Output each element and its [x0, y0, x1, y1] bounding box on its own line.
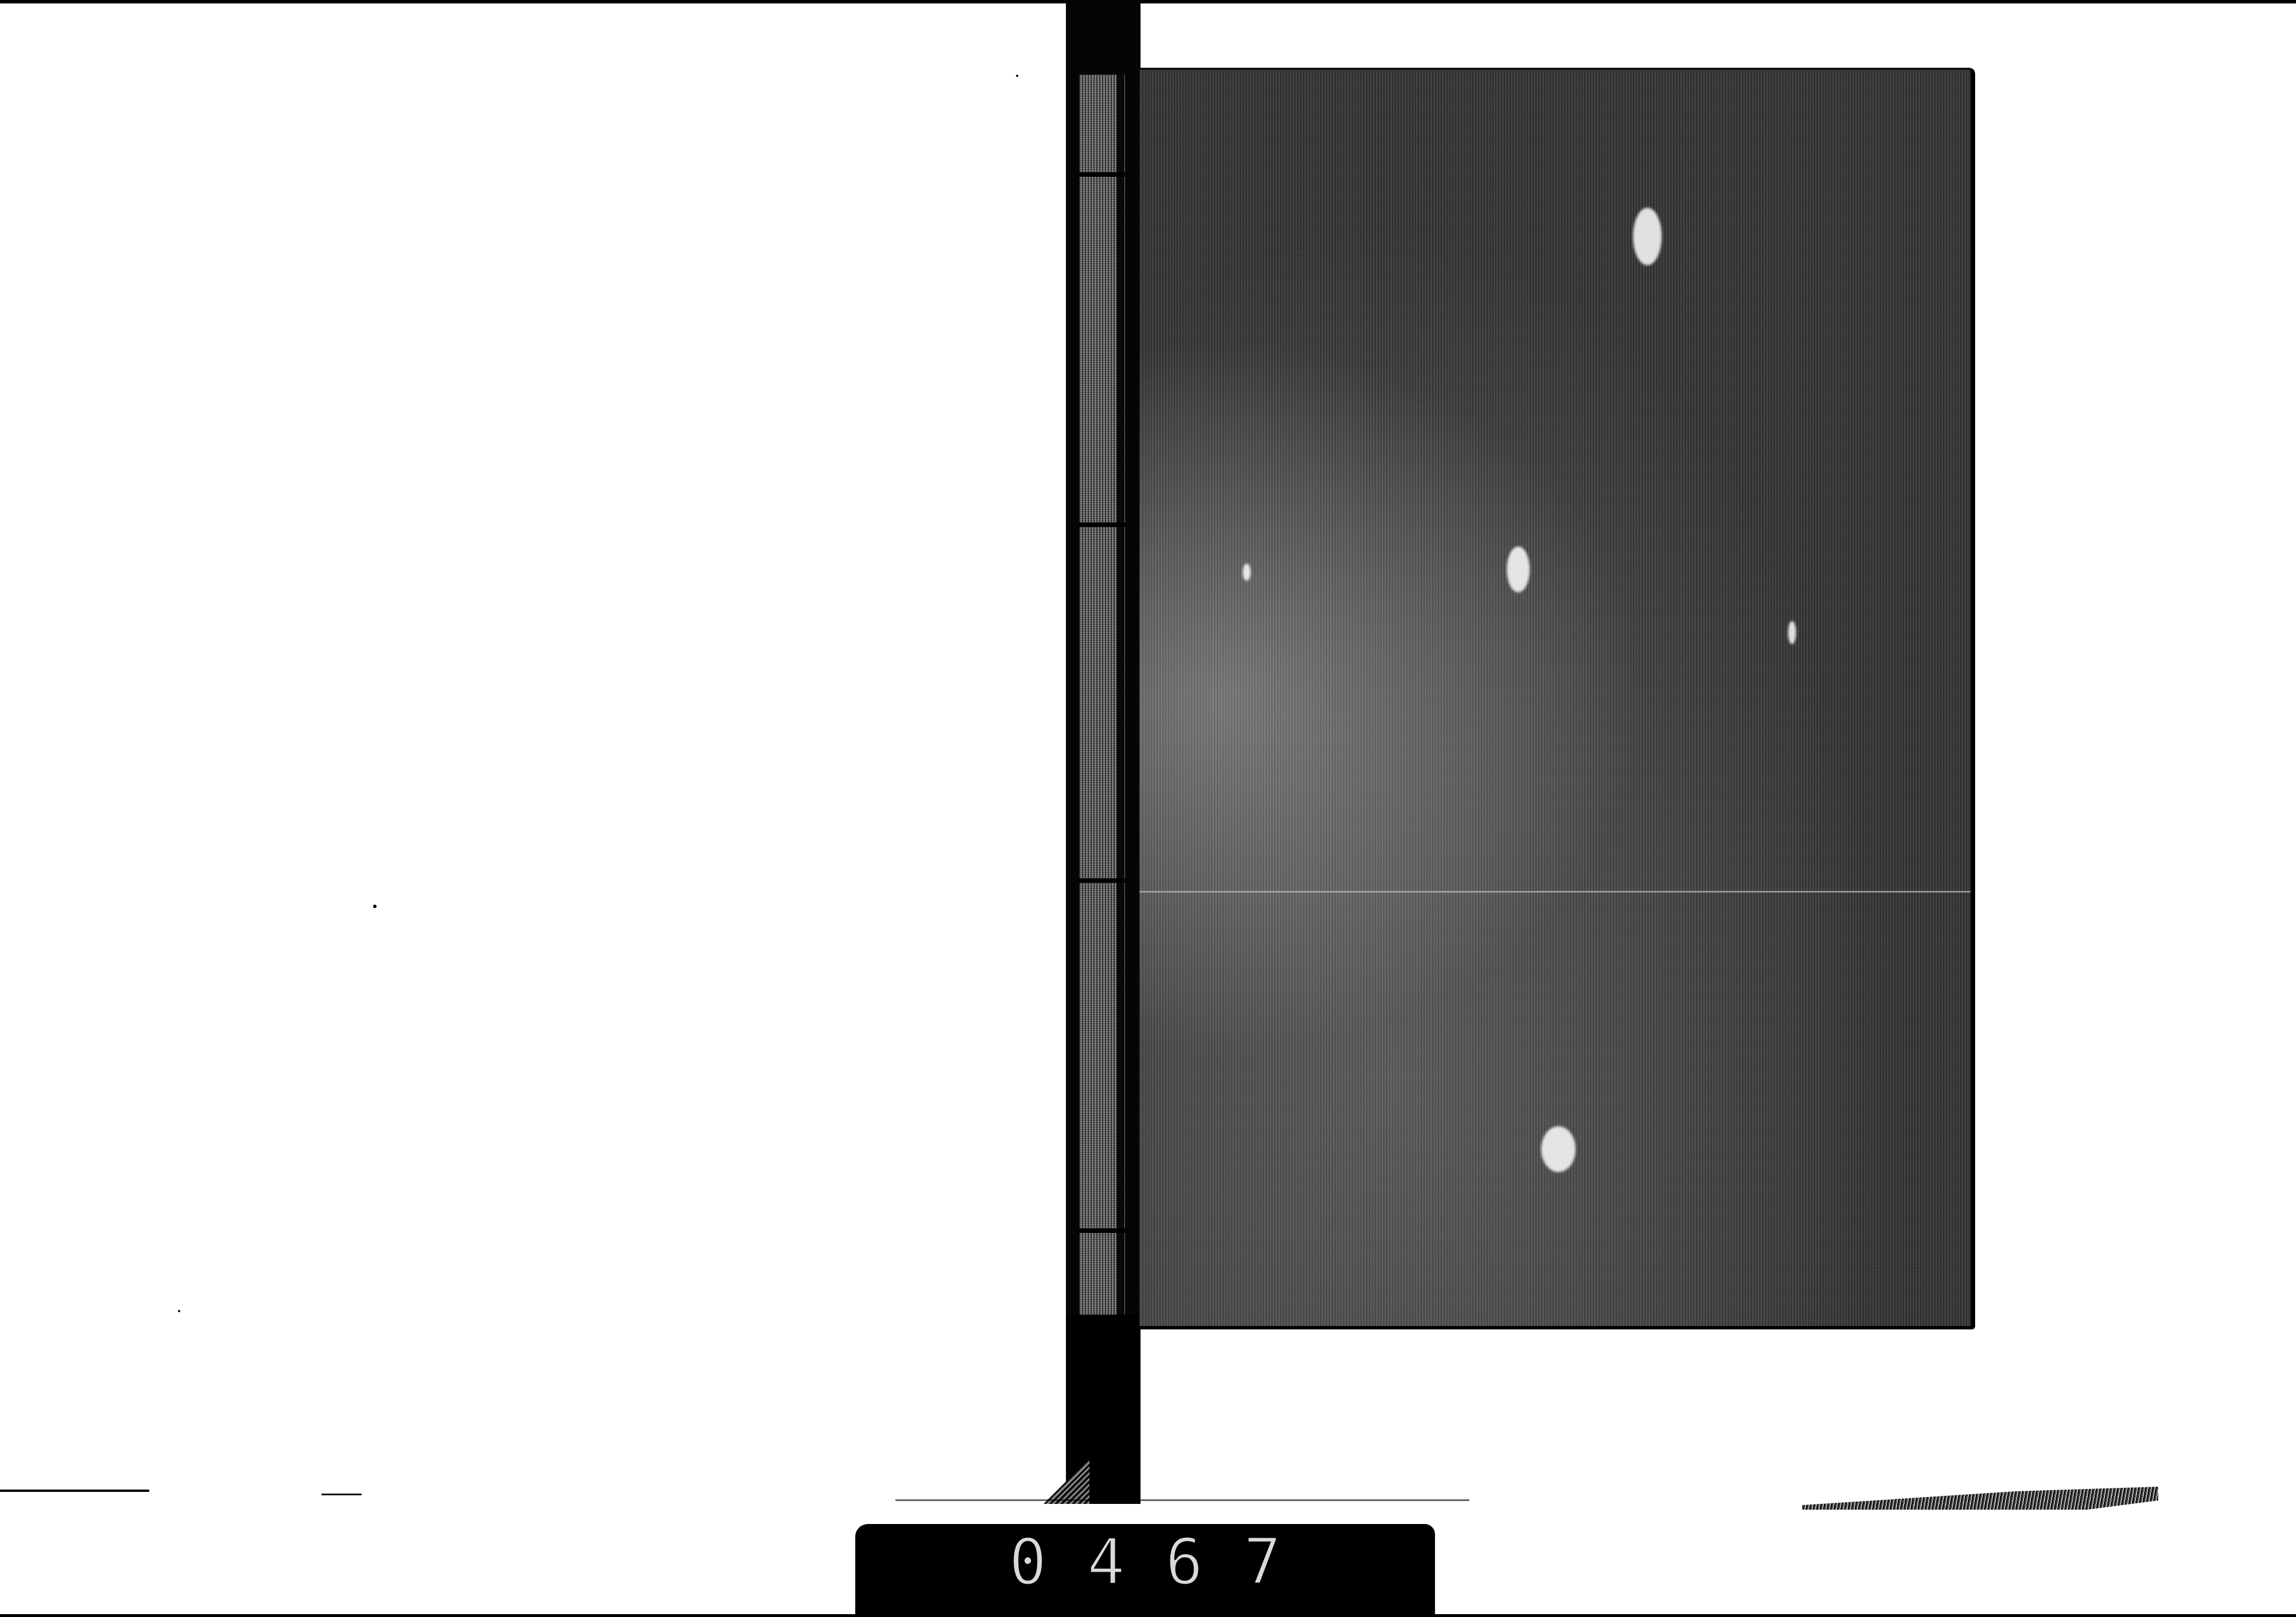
scan-smudge	[1802, 1487, 2158, 1510]
dust-speck	[373, 905, 377, 908]
cover-wear-spot	[1541, 1126, 1576, 1172]
reel-label-plate: 0467	[855, 1524, 1435, 1617]
dust-speck	[1016, 75, 1018, 77]
scan-edge-line	[895, 1499, 1469, 1501]
cover-wear-spot	[1507, 546, 1530, 592]
cover-wear-spot	[1243, 564, 1251, 581]
spine-band	[1079, 522, 1125, 527]
spine-band	[1079, 172, 1125, 177]
dust-speck	[178, 1310, 180, 1312]
spine-binding-thread	[1116, 75, 1124, 1314]
reel-number: 0467	[1009, 1525, 1322, 1599]
scan-bottom-border	[0, 1614, 2296, 1617]
cover-wear-spot	[1788, 621, 1796, 644]
blank-left-area	[0, 3, 1059, 1496]
scan-edge-line	[321, 1494, 362, 1495]
cover-wear-spot	[1633, 208, 1662, 265]
book-cover	[1139, 68, 1975, 1329]
spine-band	[1079, 1228, 1125, 1233]
spine-band	[1079, 878, 1125, 883]
scan-edge-line	[0, 1490, 149, 1492]
cover-crease-line	[1139, 891, 1971, 893]
